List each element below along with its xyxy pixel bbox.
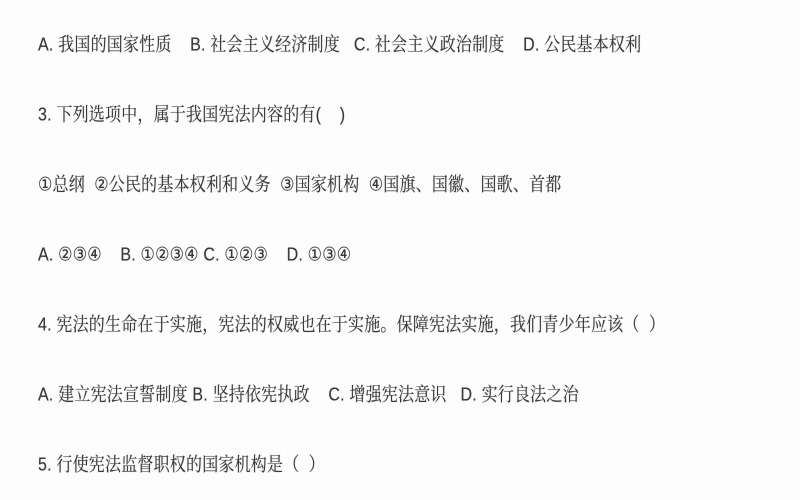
exam-document-page: A. 我国的国家性质 B. 社会主义经济制度 C. 社会主义政治制度 D. 公民… [0,0,800,500]
question-5-stem-line: 5. 行使宪法监督职权的国家机构是（ ） [38,425,800,500]
